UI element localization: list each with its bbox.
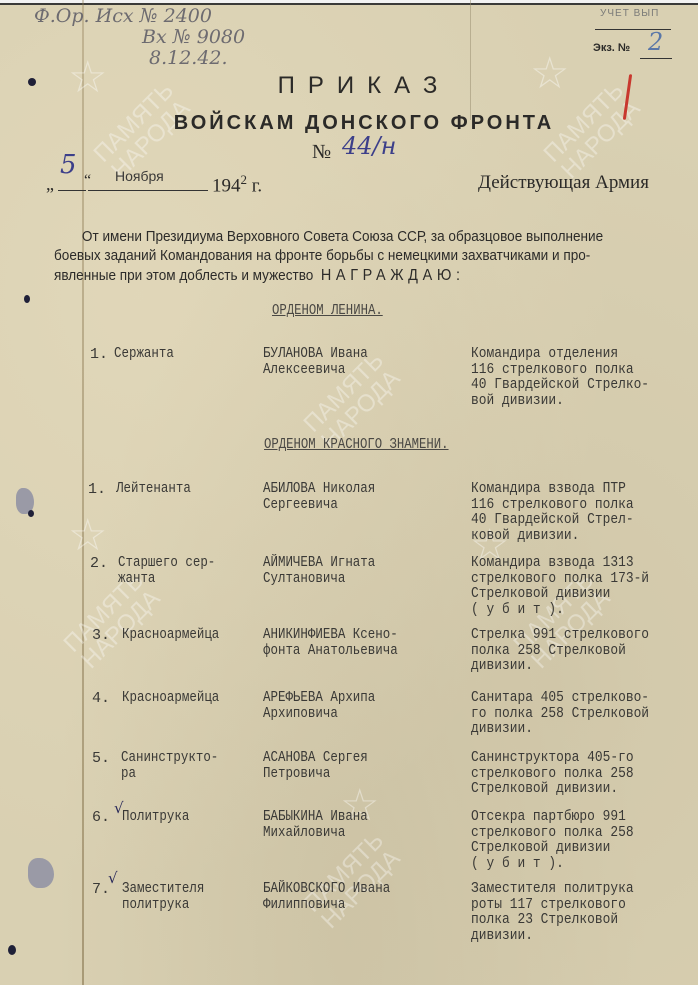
entry-description: Санитара 405 стрелково- го полка 258 Стр… [471, 690, 649, 737]
entry-description: Санинструктора 405-го стрелкового полка … [471, 750, 634, 797]
entry-name: АБИЛОВА Николая Сергеевича [263, 481, 375, 513]
entry-name: АНИКИНФИЕВА Ксено- фонта Анатольевича [263, 627, 398, 659]
entry-name: АЙМИЧЕВА Игната Султановича [263, 555, 375, 587]
date-month-underline [88, 190, 208, 191]
entry-number: 1. [90, 346, 108, 363]
entry-number: 2. [90, 555, 108, 572]
watermark-line-2: НАРОДА [557, 96, 645, 184]
entry-description: Стрелка 991 стрелкового полка 258 Стрелк… [471, 627, 649, 674]
faint-stamp-text: УЧЕТ ВЫП [600, 8, 659, 19]
punch-hole [28, 510, 34, 517]
document-title: ПРИКАЗ [0, 72, 698, 100]
date-month: Ноября [115, 168, 164, 184]
section-heading-order-of-lenin: ОРДЕНОМ ЛЕНИНА. [272, 302, 383, 319]
punch-hole [24, 295, 30, 303]
entry-rank: Политрука [122, 809, 189, 825]
order-number-value: 44/н [342, 132, 396, 160]
watermark-star-icon: ☆ [68, 510, 107, 561]
annotation-line-3: 8.12.42. [34, 48, 245, 69]
entry-rank: Санинструкто- ра [121, 750, 218, 782]
entry-name: БАЙКОВСКОГО Ивана Филипповича [263, 881, 390, 913]
preamble-line: явленные при этом доблесть и мужество [54, 268, 313, 284]
entry-rank: Красноармейца [122, 627, 219, 643]
date-day-underline [58, 190, 86, 191]
entry-description: Командира взвода ПТР 116 стрелкового пол… [471, 481, 634, 543]
checkmark-icon: √ [108, 869, 118, 887]
year-suffix: 2 [241, 172, 248, 187]
entry-description: Заместителя политрука роты 117 стрелково… [471, 881, 634, 943]
date-year: 1942 г. [212, 172, 262, 197]
award-word: НАГРАЖДАЮ: [321, 267, 465, 284]
paper-tear [28, 858, 54, 888]
copy-number-underline [640, 58, 672, 59]
entry-rank: Старшего сер- жанта [118, 555, 215, 587]
entry-number: 6. [92, 809, 110, 826]
entry-rank: Сержанта [114, 346, 174, 362]
paper-crease [470, 0, 471, 120]
preamble: От имени Президиума Верховного Совета Со… [54, 228, 675, 286]
punch-hole [8, 945, 16, 955]
preamble-line: боевых заданий Командования на фронте бо… [54, 247, 675, 266]
annotation-line-1: Ф.Ор. Исх № 2400 [34, 6, 245, 27]
entry-rank: Лейтенанта [116, 481, 191, 497]
paper-fold-line [82, 0, 84, 985]
entry-number: 1. [88, 481, 106, 498]
location-label: Действующая Армия [478, 172, 649, 194]
copy-number-label: Экз. № [593, 42, 630, 54]
year-unit: г. [252, 175, 262, 196]
entry-name: БАБЫКИНА Ивана Михайловича [263, 809, 368, 841]
entry-number: 3. [92, 627, 110, 644]
copy-number-value: 2 [648, 28, 663, 56]
entry-rank: Заместителя политрука [122, 881, 204, 913]
date-day: 5 [60, 150, 77, 180]
preamble-line: От имени Президиума Верховного Совета Со… [54, 228, 675, 247]
entry-number: 5. [92, 750, 110, 767]
entry-description: Командира взвода 1313 стрелкового полка … [471, 555, 649, 617]
entry-name: АРЕФЬЕВА Архипа Архиповича [263, 690, 375, 722]
order-number-label: № [312, 141, 331, 164]
year-prefix: 194 [212, 175, 241, 196]
date-quote-close: “ [84, 172, 91, 190]
entry-rank: Красноармейца [122, 690, 219, 706]
entry-description: Отсекра партбюро 991 стрелкового полка 2… [471, 809, 634, 871]
annotation-line-2: Вх № 9080 [34, 27, 245, 48]
date-quote-open: „ [46, 174, 54, 195]
section-heading-order-of-red-banner: ОРДЕНОМ КРАСНОГО ЗНАМЕНИ. [264, 436, 449, 453]
entry-name: АСАНОВА Сергея Петровича [263, 750, 368, 782]
archive-pencil-annotation: Ф.Ор. Исх № 2400 Вх № 9080 8.12.42. [34, 6, 245, 69]
entry-description: Командира отделения 116 стрелкового полк… [471, 346, 649, 408]
entry-number: 4. [92, 690, 110, 707]
entry-name: БУЛАНОВА Ивана Алексеевича [263, 346, 368, 378]
